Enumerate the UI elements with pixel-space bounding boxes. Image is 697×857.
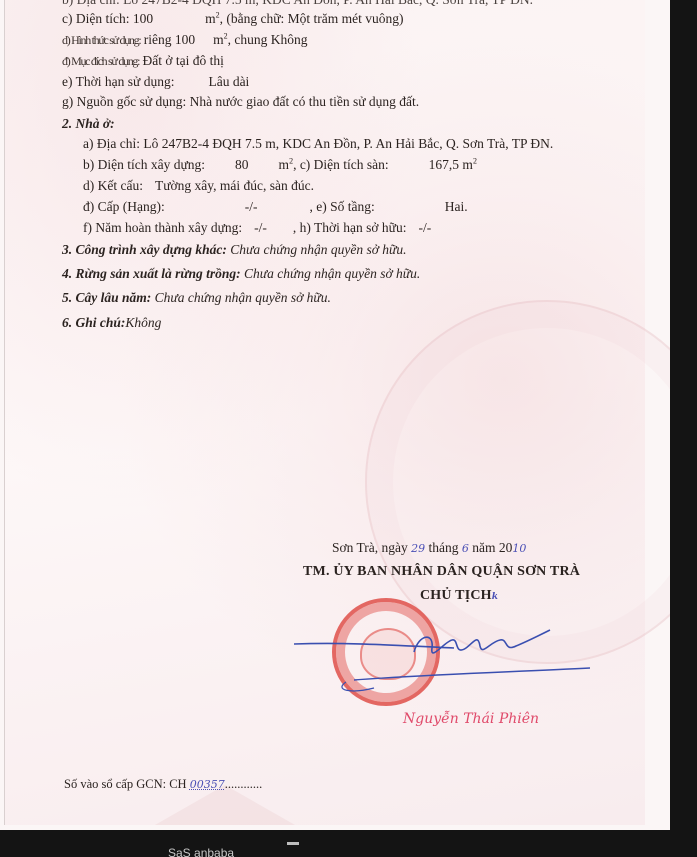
- note-heading: 6. Ghi chú:: [62, 315, 125, 330]
- signer-name: Nguyễn Thái Phiên: [403, 711, 539, 727]
- month-label: tháng: [429, 540, 459, 555]
- usage-form-label: d) Hình thức sử dụng:: [62, 33, 140, 47]
- other-works-heading: 3. Công trình xây dựng khác:: [62, 242, 227, 257]
- date-month: 6: [462, 542, 469, 555]
- term-line: e) Thời hạn sử dụng:Lâu dài: [62, 74, 249, 90]
- structure-value: Tường xây, mái đúc, sàn đúc.: [155, 178, 314, 193]
- ownership-term-value: -/-: [419, 220, 432, 235]
- document-page: b) Địa chỉ: Lô 247B2-4 ĐQH 7.5 m, KDC An…: [0, 0, 670, 830]
- date-year-suffix: 10: [512, 542, 526, 555]
- floor-area-label: , c) Diện tích sàn:: [293, 157, 389, 172]
- perennial-line: 5. Cây lâu năm: Chưa chứng nhận quyền sở…: [62, 290, 331, 306]
- viewer-caption: SaS anbaba: [168, 846, 234, 857]
- chairman-title: CHỦ TỊCHk: [420, 588, 498, 605]
- house-area-line: b) Diện tích xây dựng:80m2, c) Diện tích…: [83, 157, 477, 173]
- land-area-unit: m: [205, 11, 216, 26]
- other-works-line: 3. Công trình xây dựng khác: Chưa chứng …: [62, 242, 407, 258]
- place-date-line: Sơn Trà, ngày 29 tháng 6 năm 2010: [332, 540, 526, 557]
- note-line: 6. Ghi chú:Không: [62, 315, 161, 331]
- floors-value: Hai.: [445, 199, 468, 214]
- perennial-value: Chưa chứng nhận quyền sở hữu.: [155, 290, 331, 305]
- year-label: f) Năm hoàn thành xây dựng:: [83, 220, 242, 235]
- perennial-heading: 5. Cây lâu năm:: [62, 290, 151, 305]
- signature-icon: [294, 612, 594, 702]
- land-address-line: b) Địa chỉ: Lô 247B2-4 ĐQH 7.5 m, KDC An…: [62, 0, 533, 8]
- ownership-term-label: , h) Thời hạn sở hữu:: [293, 220, 407, 235]
- other-works-value: Chưa chứng nhận quyền sở hữu.: [230, 242, 406, 257]
- term-value: Lâu dài: [208, 74, 249, 89]
- origin-line: g) Nguồn gốc sử dụng: Nhà nước giao đất …: [62, 94, 419, 110]
- floor-area-value: 167,5 m: [429, 157, 473, 172]
- date-day: 29: [411, 542, 425, 555]
- viewer-bottom-strip: [0, 830, 697, 857]
- year-label: năm 20: [472, 540, 512, 555]
- land-area-line: c) Diện tích: 100m2, (bằng chữ: Một trăm…: [62, 11, 404, 27]
- note-value: Không: [125, 315, 161, 330]
- grade-floors-line: đ) Cấp (Hạng):-/-, e) Số tầng:Hai.: [83, 199, 468, 215]
- chairman-title-text: CHỦ TỊCH: [420, 588, 492, 603]
- house-address: a) Địa chỉ: Lô 247B2-4 ĐQH 7.5 m, KDC An…: [83, 136, 553, 152]
- grade-value: -/-: [245, 199, 258, 214]
- forest-line: 4. Rừng sản xuất là rừng trồng: Chưa chứ…: [62, 266, 420, 282]
- year-term-line: f) Năm hoàn thành xây dựng:-/-, h) Thời …: [83, 220, 431, 236]
- built-area-value: 80: [235, 157, 249, 172]
- land-area-label: c) Diện tích: 100: [62, 11, 153, 26]
- authority-title: TM. ỦY BAN NHÂN DÂN QUẬN SƠN TRÀ: [303, 564, 580, 580]
- built-area-label: b) Diện tích xây dựng:: [83, 157, 205, 172]
- purpose-line: đ) Mục đích sử dụng: Đất ở tại đô thị: [62, 53, 224, 69]
- usage-form-shared: , chung Không: [228, 32, 308, 47]
- forest-heading: 4. Rừng sản xuất là rừng trồng:: [62, 266, 241, 281]
- floors-label: , e) Số tầng:: [309, 199, 374, 214]
- usage-form-value: riêng 100: [144, 32, 195, 47]
- registry-number: 00357: [190, 778, 225, 791]
- grade-label: đ) Cấp (Hạng):: [83, 199, 165, 214]
- structure-label: d) Kết cấu:: [83, 178, 143, 193]
- house-heading: 2. Nhà ở:: [62, 116, 115, 132]
- year-value: -/-: [254, 220, 267, 235]
- term-label: e) Thời hạn sử dụng:: [62, 74, 174, 89]
- registry-line: Số vào sổ cấp GCN: CH 00357............: [64, 776, 262, 793]
- purpose-value: Đất ở tại đô thị: [143, 53, 224, 68]
- usage-form-line: d) Hình thức sử dụng: riêng 100m2, chung…: [62, 32, 308, 48]
- forest-value: Chưa chứng nhận quyền sở hữu.: [244, 266, 420, 281]
- purpose-label: đ) Mục đích sử dụng:: [62, 54, 139, 68]
- land-area-words: , (bằng chữ: Một trăm mét vuông): [220, 11, 404, 26]
- registry-label: Số vào sổ cấp GCN: CH: [64, 777, 187, 791]
- structure-line: d) Kết cấu:Tường xây, mái đúc, sàn đúc.: [83, 178, 314, 194]
- registry-dots: ............: [225, 777, 263, 791]
- viewer-mark: [287, 842, 299, 845]
- chairman-mark: k: [492, 592, 498, 602]
- place-date-prefix: Sơn Trà, ngày: [332, 540, 408, 555]
